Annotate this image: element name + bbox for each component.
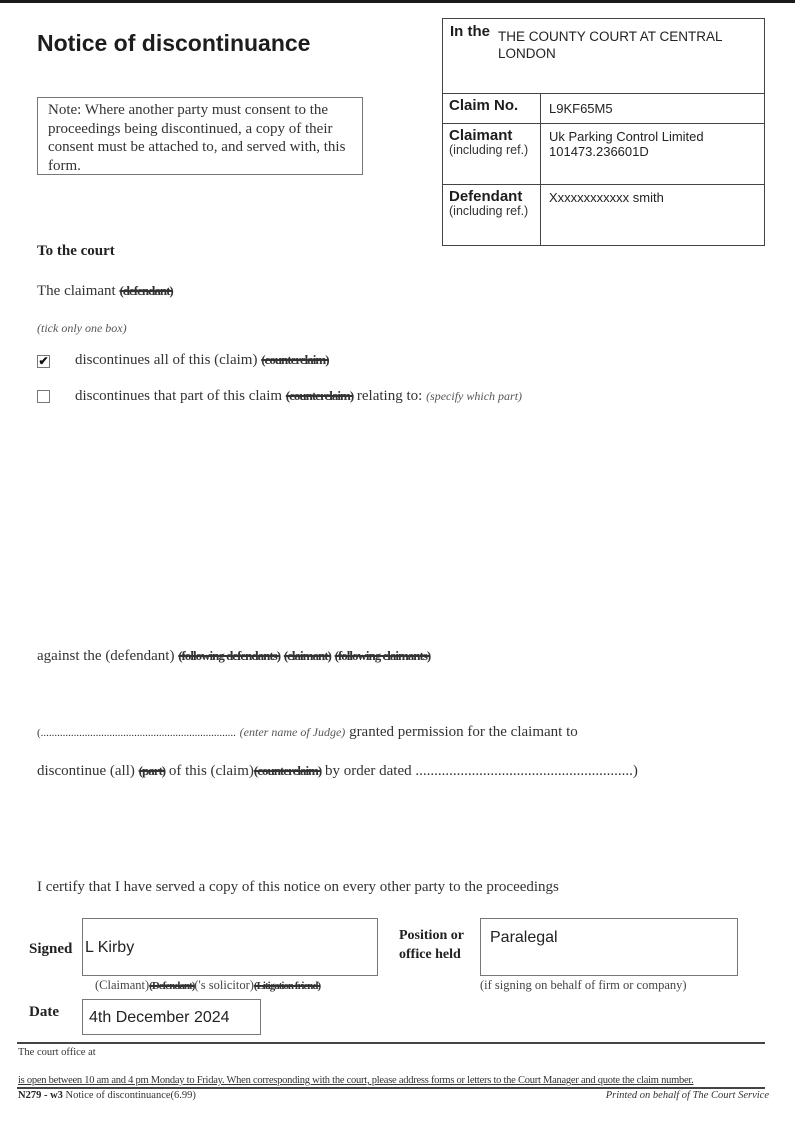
certify-statement: I certify that I have served a copy of t…	[37, 879, 559, 896]
option1-label: discontinues all of this (claim)	[75, 352, 257, 368]
court-office-label: The court office at	[18, 1047, 96, 1058]
to-the-court-heading: To the court	[37, 243, 115, 260]
position-label-line1: Position or	[399, 926, 464, 945]
claimant-field[interactable]: Uk Parking Control Limited 101473.236601…	[541, 124, 764, 184]
claimant-intro: The claimant	[37, 283, 116, 299]
caption-solicitor: ('s solicitor)	[194, 978, 254, 992]
claimant-ref: 101473.236601D	[549, 144, 756, 159]
printed-by: Printed on behalf of The Court Service	[606, 1090, 769, 1101]
caption-claimant: (Claimant)	[95, 978, 149, 992]
judge-name-field[interactable]: (.......................................…	[37, 727, 236, 739]
claim-no-row: Claim No. L9KF65M5	[443, 93, 764, 123]
option-discontinue-all: discontinues all of this (claim) (counte…	[75, 352, 329, 369]
form-code: N279 - w3	[18, 1090, 63, 1101]
date-label: Date	[29, 1004, 59, 1021]
court-info-table: In the THE COUNTY COURT AT CENTRAL LONDO…	[442, 18, 765, 246]
judge-line-end: granted permission for the claimant to	[349, 724, 578, 740]
checkmark-icon: ✔	[38, 354, 48, 368]
date-field[interactable]: 4th December 2024	[82, 999, 261, 1035]
defendant-field[interactable]: Xxxxxxxxxxxx smith	[541, 185, 764, 245]
consent-note: Note: Where another party must consent t…	[37, 97, 363, 175]
option2-label: discontinues that part of this claim	[75, 388, 282, 404]
claimant-sublabel: (including ref.)	[449, 144, 534, 157]
against-struck-claimant: (claimant)	[284, 648, 331, 663]
footer-divider-2	[17, 1087, 765, 1089]
court-name-line2[interactable]: LONDON	[498, 45, 723, 62]
caption-struck-litigation-friend: (Litigation friend)	[254, 980, 320, 992]
caption-struck-defendant: (Defendant)	[149, 980, 194, 992]
option1-struck: (counterclaim)	[261, 352, 328, 367]
discontinue-part-checkbox[interactable]	[37, 390, 50, 403]
option2-hint: (specify which part)	[426, 389, 522, 403]
judge-hint: (enter name of Judge)	[240, 725, 346, 739]
struck-counterclaim: (counterclaim)	[254, 763, 321, 778]
in-the-label: In the	[450, 23, 490, 89]
defendant-label: Defendant	[449, 188, 534, 205]
judge-line: (.......................................…	[37, 724, 578, 741]
court-name-line1[interactable]: THE COUNTY COURT AT CENTRAL	[498, 28, 723, 45]
position-label: Position or office held	[399, 926, 464, 964]
discontinue-order-line: discontinue (all) (part) of this (claim)…	[37, 763, 638, 780]
option-discontinue-part: discontinues that part of this claim (co…	[75, 388, 522, 405]
page-title: Notice of discontinuance	[37, 30, 310, 57]
signed-field[interactable]: L Kirby	[82, 918, 378, 976]
struck-defendant: (defendant)	[119, 283, 172, 298]
top-border	[0, 0, 795, 3]
court-row: In the THE COUNTY COURT AT CENTRAL LONDO…	[443, 19, 764, 93]
claim-no-field[interactable]: L9KF65M5	[541, 94, 764, 123]
part-specification-area[interactable]	[75, 412, 765, 622]
position-label-line2: office held	[399, 945, 464, 964]
form-name: Notice of discontinuance(6.99)	[66, 1090, 196, 1101]
tick-instruction: (tick only one box)	[37, 321, 127, 336]
against-struck-following-claimants: (following claimants)	[335, 648, 431, 663]
option2-relating: relating to:	[357, 388, 422, 404]
discontinue-all-text: discontinue (all)	[37, 763, 135, 779]
claimant-label: Claimant	[449, 127, 534, 144]
claimant-name: Uk Parking Control Limited	[549, 129, 756, 144]
opening-hours: is open between 10 am and 4 pm Monday to…	[18, 1075, 770, 1086]
claimant-intro-line: The claimant (defendant)	[37, 283, 173, 300]
struck-part: (part)	[139, 763, 166, 778]
defendant-row: Defendant (including ref.) Xxxxxxxxxxxx …	[443, 184, 764, 245]
footer-divider	[17, 1042, 765, 1044]
against-struck-following-defendants: (following defendants)	[178, 648, 280, 663]
position-field[interactable]: Paralegal	[480, 918, 738, 976]
signed-label: Signed	[29, 941, 72, 958]
option2-struck: (counterclaim)	[286, 388, 353, 403]
discontinue-all-checkbox[interactable]: ✔	[37, 355, 50, 368]
discontinue-mid-text: of this (claim)	[169, 763, 254, 779]
defendant-sublabel: (including ref.)	[449, 205, 534, 218]
against-text: against the (defendant)	[37, 648, 174, 664]
claim-no-label: Claim No.	[449, 97, 534, 114]
form-reference: N279 - w3 Notice of discontinuance(6.99)	[18, 1090, 196, 1101]
position-caption: (if signing on behalf of firm or company…	[480, 978, 687, 993]
claimant-row: Claimant (including ref.) Uk Parking Con…	[443, 123, 764, 184]
against-line: against the (defendant) (following defen…	[37, 648, 430, 665]
signed-caption: (Claimant)(Defendant)('s solicitor)(Liti…	[95, 978, 320, 993]
order-date-field[interactable]: by order dated .........................…	[325, 763, 638, 779]
